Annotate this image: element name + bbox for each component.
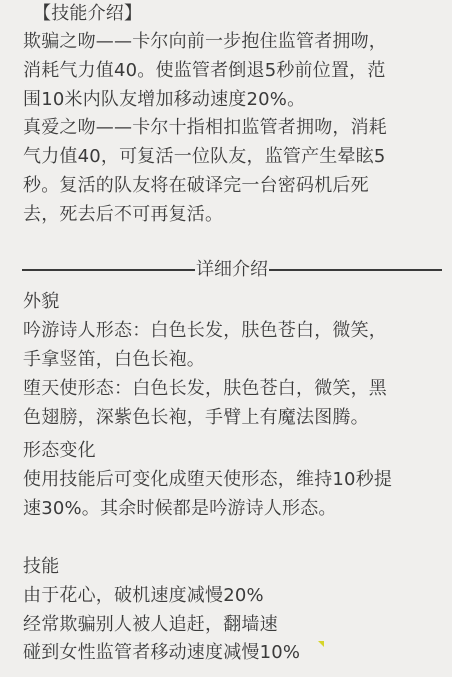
appearance-line: 手拿竖笛，白色长袍。 [23,349,205,371]
traits-line: 经常欺骗别人被人追赶，翻墙速 [23,614,278,636]
appearance-line: 吟游诗人形态：白色长发，肤色苍白，微笑， [23,320,387,342]
appearance-line: 堕天使形态：白色长发，肤色苍白，微笑，黑 [23,378,387,400]
divider-label: 详细介绍 [195,259,269,281]
appearance-line: 色翅膀，深紫色长袍，手臂上有魔法图腾。 [23,407,369,429]
skills-intro-line: 秒。复活的队友将在破译完一台密码机后死 [23,175,369,197]
appearance-title: 外貌 [23,291,59,313]
skills-intro-line: 围10米内队友增加移动速度20%。 [23,89,305,111]
form-change-line: 速30%。其余时候都是吟游诗人形态。 [23,498,337,520]
skills-intro-line: 气力值40，可复活一位队友，监管产生晕眩5 [23,146,386,168]
section-divider: 详细介绍 [22,259,442,281]
traits-line: 碰到女性监管者移动速度减慢10% [23,642,300,664]
divider-rule-left [22,269,195,271]
document-page: 【技能介绍】 欺骗之吻——卡尔向前一步抱住监管者拥吻， 消耗气力值40。使监管者… [0,0,452,677]
skills-intro-heading: 【技能介绍】 [33,3,142,25]
form-change-line: 使用技能后可变化成堕天使形态，维持10秒提 [23,469,392,491]
form-change-title: 形态变化 [23,440,96,462]
traits-line: 由于花心，破机速度减慢20% [23,585,264,607]
skills-intro-line: 欺骗之吻——卡尔向前一步抱住监管者拥吻， [23,31,387,53]
skills-intro-line: 去，死去后不可再复活。 [23,204,223,226]
corner-mark [318,641,324,647]
skills-intro-line: 消耗气力值40。使监管者倒退5秒前位置，范 [23,60,386,82]
skills-intro-line: 真爱之吻——卡尔十指相扣监管者拥吻，消耗 [23,117,387,139]
divider-rule-right [269,269,442,271]
traits-title: 技能 [23,556,59,578]
